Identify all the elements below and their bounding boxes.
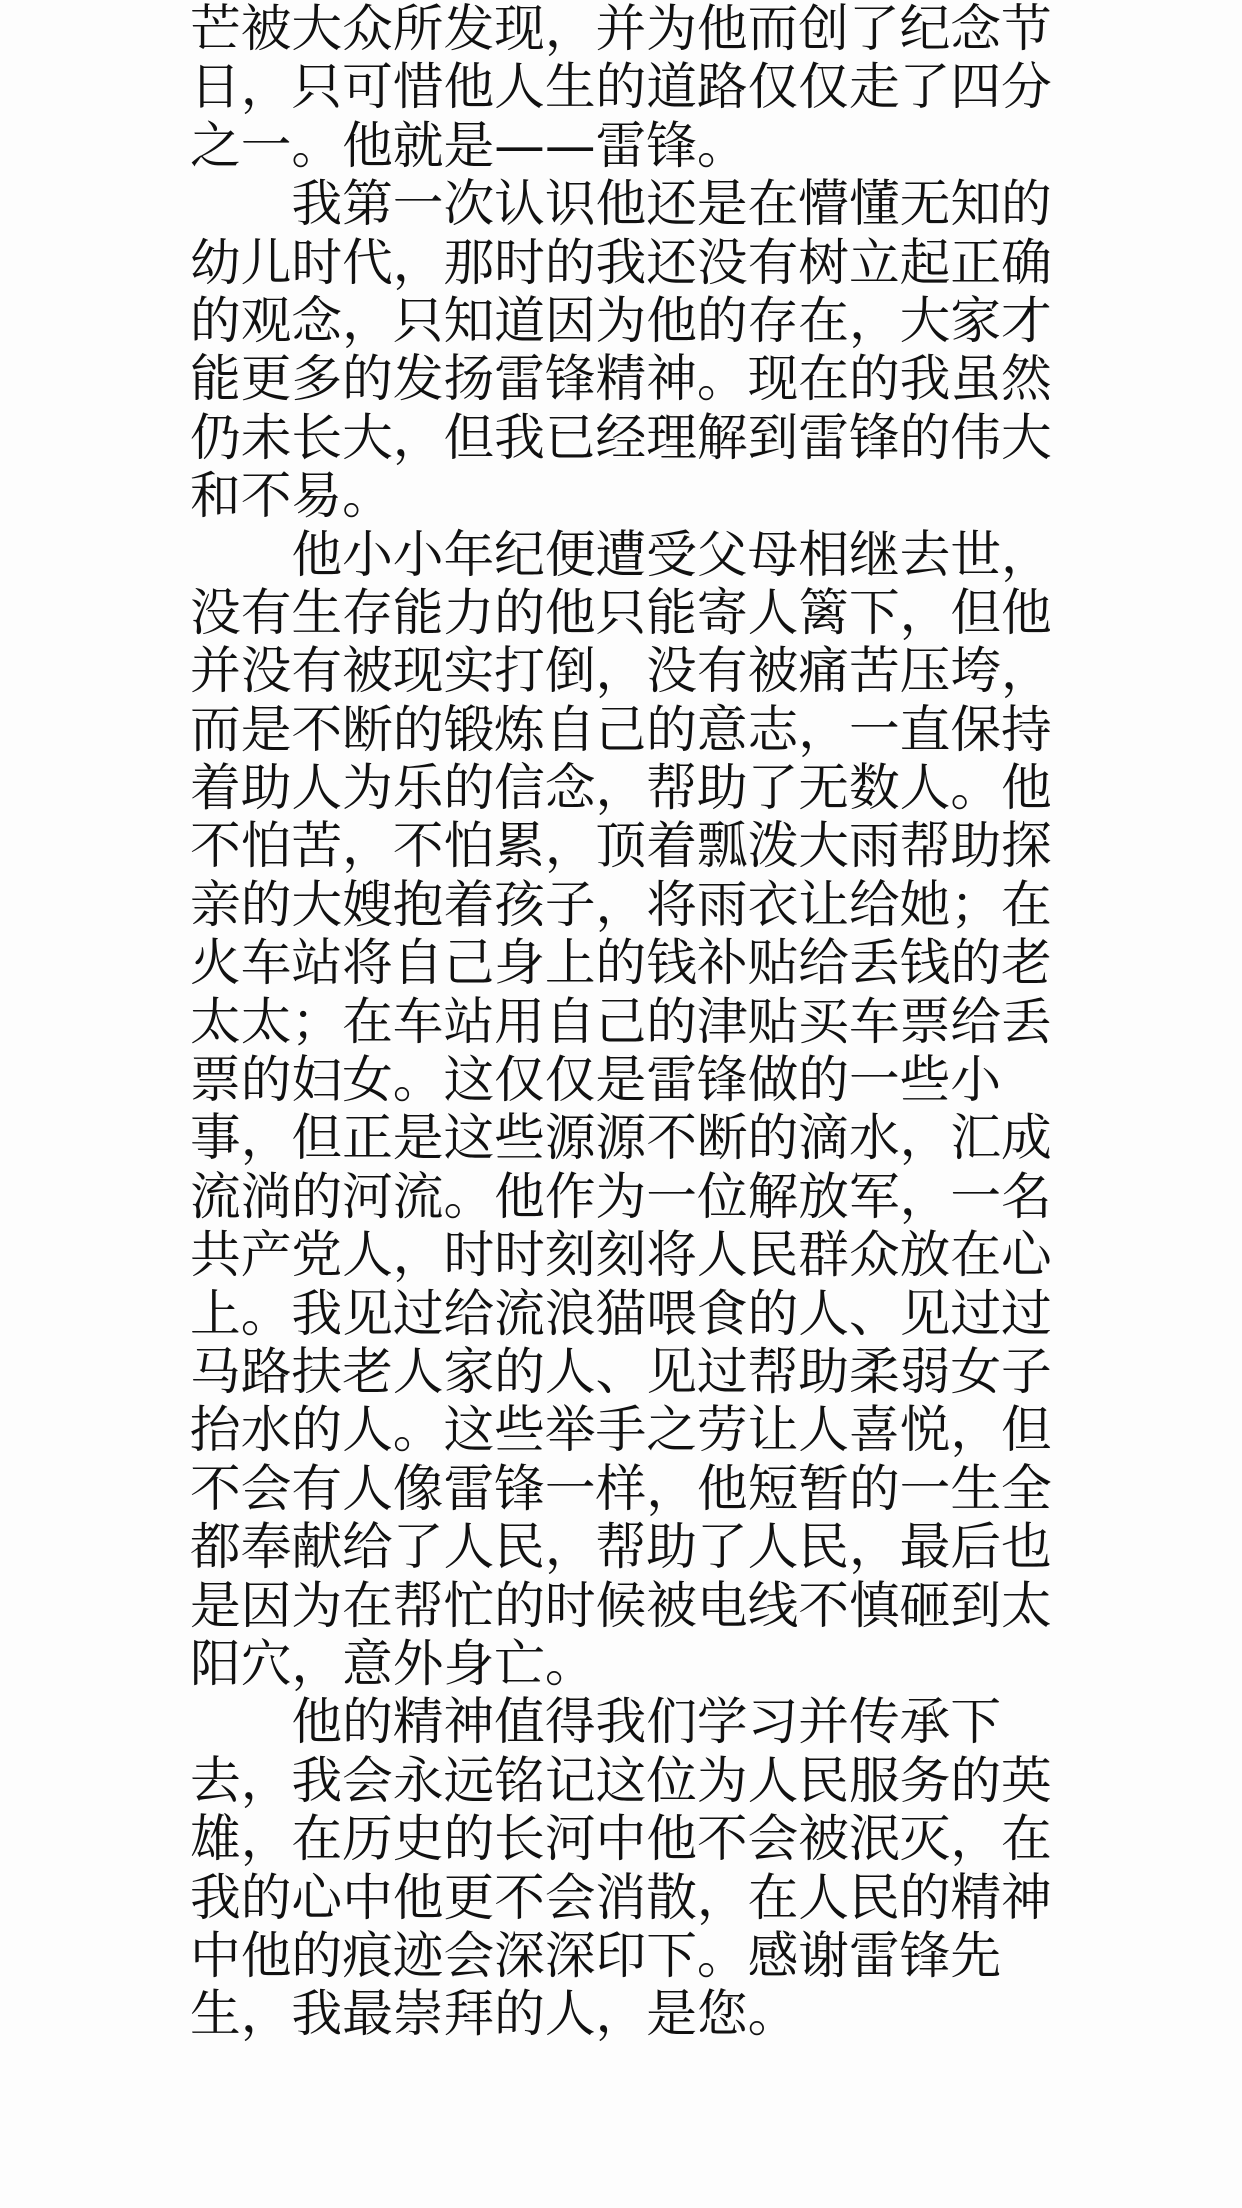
text-line: 马路扶老人家的人、见过帮助柔弱女子 (190, 1343, 1058, 1401)
text-line: 中他的痕迹会深深印下。感谢雷锋先 (190, 1927, 1058, 1985)
text-line: 仍未长大，但我已经理解到雷锋的伟大 (190, 409, 1058, 467)
text-line: 我的心中他更不会消散，在人民的精神 (190, 1869, 1058, 1927)
text-line: 不会有人像雷锋一样，他短暂的一生全 (190, 1460, 1058, 1518)
text-line: 没有生存能力的他只能寄人篱下，但他 (190, 584, 1058, 642)
text-line: 能更多的发扬雷锋精神。现在的我虽然 (190, 350, 1058, 408)
text-line: 他的精神值得我们学习并传承下 (190, 1693, 1058, 1751)
text-line: 上。我见过给流浪猫喂食的人、见过过 (190, 1285, 1058, 1343)
text-line: 着助人为乐的信念，帮助了无数人。他 (190, 759, 1058, 817)
document-body: 芒被大众所发现，并为他而创了纪念节日，只可惜他人生的道路仅仅走了四分之一。他就是… (190, 0, 1058, 2044)
text-line: 之一。他就是——雷锋。 (190, 117, 1058, 175)
text-line: 火车站将自己身上的钱补贴给丢钱的老 (190, 934, 1058, 992)
text-line: 都奉献给了人民，帮助了人民，最后也 (190, 1518, 1058, 1576)
text-line: 并没有被现实打倒，没有被痛苦压垮， (190, 642, 1058, 700)
text-line: 幼儿时代，那时的我还没有树立起正确 (190, 234, 1058, 292)
text-line: 和不易。 (190, 467, 1058, 525)
text-line: 亲的大嫂抱着孩子，将雨衣让给她；在 (190, 876, 1058, 934)
text-line: 流淌的河流。他作为一位解放军，一名 (190, 1168, 1058, 1226)
text-line: 他小小年纪便遭受父母相继去世， (190, 526, 1058, 584)
text-line: 而是不断的锻炼自己的意志，一直保持 (190, 701, 1058, 759)
text-line: 我第一次认识他还是在懵懂无知的 (190, 175, 1058, 233)
text-line: 生，我最崇拜的人，是您。 (190, 1985, 1058, 2043)
document-page: 芒被大众所发现，并为他而创了纪念节日，只可惜他人生的道路仅仅走了四分之一。他就是… (0, 0, 1242, 2208)
text-line: 是因为在帮忙的时候被电线不慎砸到太 (190, 1577, 1058, 1635)
text-line: 芒被大众所发现，并为他而创了纪念节 (190, 0, 1058, 58)
text-line: 日，只可惜他人生的道路仅仅走了四分 (190, 58, 1058, 116)
text-line: 太太；在车站用自己的津贴买车票给丢 (190, 993, 1058, 1051)
text-line: 雄，在历史的长河中他不会被泯灭，在 (190, 1810, 1058, 1868)
text-line: 抬水的人。这些举手之劳让人喜悦，但 (190, 1401, 1058, 1459)
text-line: 阳穴，意外身亡。 (190, 1635, 1058, 1693)
text-line: 事，但正是这些源源不断的滴水，汇成 (190, 1109, 1058, 1167)
text-line: 去，我会永远铭记这位为人民服务的英 (190, 1752, 1058, 1810)
text-line: 的观念，只知道因为他的存在，大家才 (190, 292, 1058, 350)
text-line: 不怕苦，不怕累，顶着瓢泼大雨帮助探 (190, 817, 1058, 875)
text-line: 票的妇女。这仅仅是雷锋做的一些小 (190, 1051, 1058, 1109)
text-line: 共产党人，时时刻刻将人民群众放在心 (190, 1226, 1058, 1284)
